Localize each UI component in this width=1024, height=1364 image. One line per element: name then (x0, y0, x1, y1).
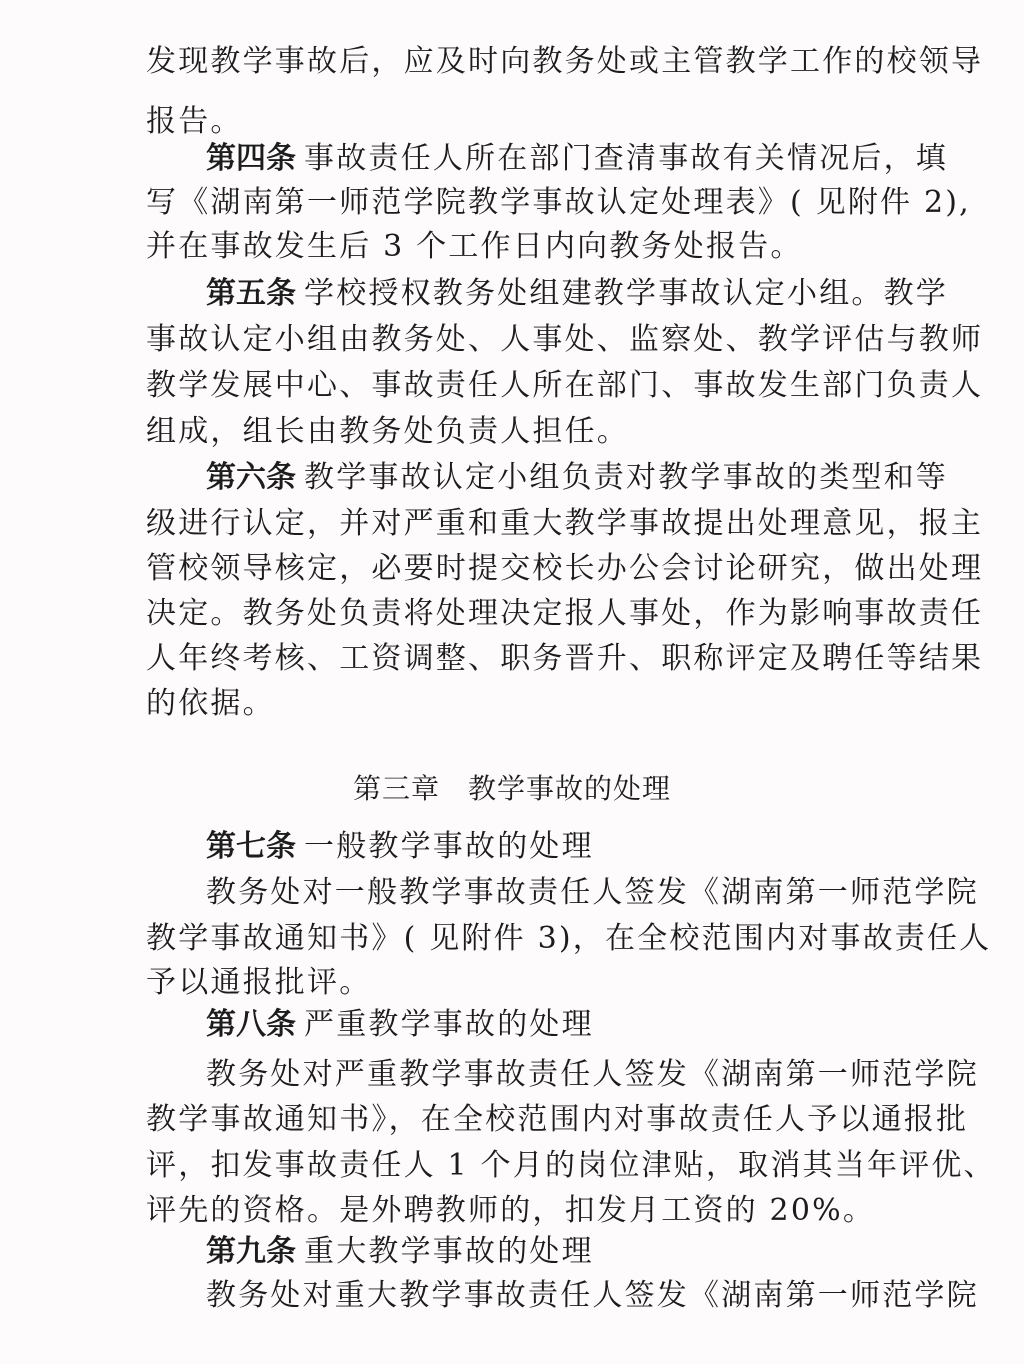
article-8-title: 严重教学事故的处理 (304, 1007, 594, 1042)
chapter-heading: 第三章教学事故的处理 (0, 769, 1024, 809)
text-line: 事故认定小组由教务处、人事处、监察处、教学评估与教师 (146, 320, 926, 360)
text-line: 教学事故通知书》，在全校范围内对事故责任人予以通报批 (146, 1100, 926, 1140)
text-line: 教学事故通知书》( 见附件 3)，在全校范围内对事故责任人 (146, 919, 926, 959)
text-line: 教务处对重大教学事故责任人签发《湖南第一师范学院 (206, 1276, 926, 1316)
chapter-number: 第三章 (353, 772, 440, 805)
article-5-first-line: 第五条学校授权教务处组建教学事故认定小组。教学 (206, 274, 926, 314)
text-line: 管校领导核定，必要时提交校长办公会讨论研究，做出处理 (146, 549, 926, 589)
text-line: 级进行认定，并对严重和重大教学事故提出处理意见，报主 (146, 504, 926, 544)
article-7-title: 一般教学事故的处理 (304, 829, 594, 864)
text-line: 评，扣发事故责任人 1 个月的岗位津贴，取消其当年评优、 (146, 1146, 926, 1186)
article-4-text: 事故责任人所在部门查清事故有关情况后，填 (304, 141, 948, 176)
text-line: 组成，组长由教务处负责人担任。 (146, 412, 926, 452)
text-line: 发现教学事故后，应及时向教务处或主管教学工作的校领导 (146, 42, 926, 82)
text-line: 并在事故发生后 3 个工作日内向教务处报告。 (146, 227, 926, 267)
text-line: 人年终考核、工资调整、职务晋升、职称评定及聘任等结果 (146, 639, 926, 679)
article-4-label: 第四条 (206, 141, 296, 176)
article-9-label: 第九条 (206, 1234, 296, 1269)
article-8-label: 第八条 (206, 1007, 296, 1042)
article-7-label: 第七条 (206, 829, 296, 864)
article-9-title: 重大教学事故的处理 (304, 1234, 594, 1269)
text-line: 写《湖南第一师范学院教学事故认定处理表》( 见附件 2), (146, 183, 926, 223)
text-line: 教务处对严重教学事故责任人签发《湖南第一师范学院 (206, 1055, 926, 1095)
chapter-title: 教学事故的处理 (468, 772, 671, 805)
text-line: 的依据。 (146, 684, 926, 724)
text-line: 教学发展中心、事故责任人所在部门、事故发生部门负责人 (146, 366, 926, 406)
article-9-heading: 第九条重大教学事故的处理 (206, 1232, 926, 1272)
article-5-text: 学校授权教务处组建教学事故认定小组。教学 (304, 276, 948, 311)
text-line: 报告。 (146, 102, 926, 142)
article-8-heading: 第八条严重教学事故的处理 (206, 1005, 926, 1045)
article-6-text: 教学事故认定小组负责对教学事故的类型和等 (304, 460, 948, 495)
article-4-first-line: 第四条事故责任人所在部门查清事故有关情况后，填 (206, 139, 926, 179)
article-7-heading: 第七条一般教学事故的处理 (206, 827, 926, 867)
article-6-first-line: 第六条教学事故认定小组负责对教学事故的类型和等 (206, 458, 926, 498)
text-line: 教务处对一般教学事故责任人签发《湖南第一师范学院 (206, 873, 926, 913)
text-line: 决定。教务处负责将处理决定报人事处，作为影响事故责任 (146, 594, 926, 634)
document-page: 发现教学事故后，应及时向教务处或主管教学工作的校领导 报告。 第四条事故责任人所… (0, 0, 1024, 1364)
text-line: 予以通报批评。 (146, 963, 926, 1003)
article-5-label: 第五条 (206, 276, 296, 311)
text-line: 评先的资格。是外聘教师的，扣发月工资的 20%。 (146, 1191, 926, 1231)
article-6-label: 第六条 (206, 460, 296, 495)
